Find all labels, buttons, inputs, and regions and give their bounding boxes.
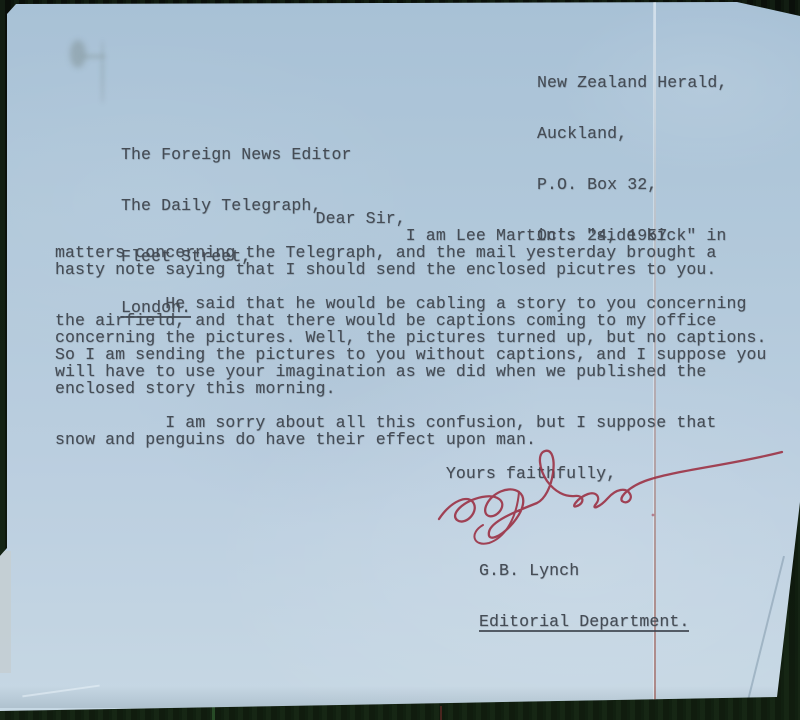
- signature-scrawl-icon: [425, 435, 795, 555]
- recipient-line: The Foreign News Editor: [121, 146, 352, 163]
- signer-name: G.B. Lynch: [479, 562, 689, 579]
- pencil-smudge: [82, 54, 106, 59]
- paper-bottom-shade: [0, 686, 800, 708]
- sender-line: New Zealand Herald,: [537, 74, 727, 91]
- band-streak-maroon: [440, 706, 442, 720]
- bottom-right-crease: [747, 556, 784, 700]
- sender-line: P.O. Box 32,: [537, 176, 727, 193]
- backing-sheet-edge: [0, 551, 11, 673]
- signer-department: Editorial Department.: [479, 613, 689, 632]
- sender-line: Auckland,: [537, 125, 727, 142]
- letter-paper: New Zealand Herald, Auckland, P.O. Box 3…: [0, 0, 800, 720]
- signer-department-underlined: Editorial Department.: [479, 613, 689, 632]
- letter-photograph: New Zealand Herald, Auckland, P.O. Box 3…: [0, 0, 800, 720]
- pencil-smudge: [101, 40, 104, 104]
